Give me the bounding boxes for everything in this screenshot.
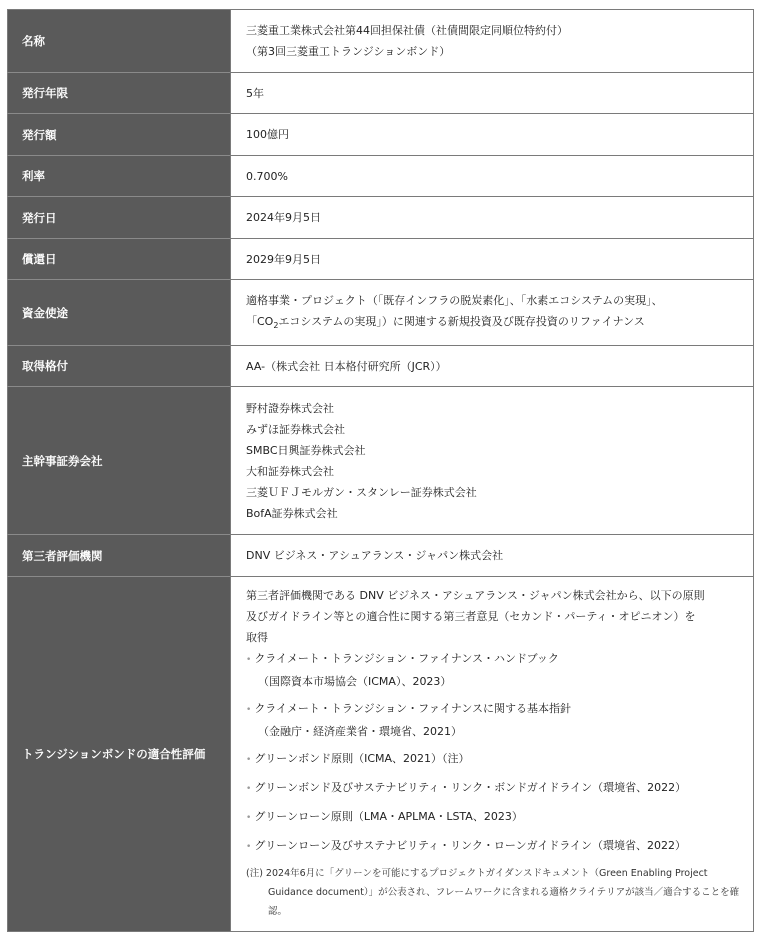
use-of-proceeds-line: 適格事業・プロジェクト（「既存インフラの脱炭素化」、「水素エコシステムの実現」、	[246, 290, 743, 311]
guideline-item: •グリーンローン及びサステナビリティ・リンク・ローンガイドライン（環境省、202…	[246, 835, 743, 858]
row-label: 第三者評価機関	[8, 535, 231, 577]
bond-terms-table: 名称 三菱重工業株式会社第44回担保社債（社債間限定同順位特約付） （第3回三菱…	[7, 9, 754, 932]
guideline-source: （国際資本市場協会（ICMA）、2023）	[246, 671, 743, 692]
table-row: 発行日 2024年9月5日	[8, 197, 754, 239]
table-row: 取得格付 AA-（株式会社 日本格付研究所（JCR））	[8, 346, 754, 387]
underwriter: 三菱ＵＦＪモルガン・スタンレー証券株式会社	[246, 482, 743, 503]
use-of-proceeds-line: 「CO2エコシステムの実現」）に関連する新規投資及び既存投資のリファイナンス	[246, 311, 743, 336]
guideline-item: •グリーンローン原則（LMA・APLMA・LSTA、2023）	[246, 806, 743, 829]
underwriter: 野村證券株式会社	[246, 398, 743, 419]
row-value: 0.700%	[231, 156, 754, 197]
guideline-item: •クライメート・トランジション・ファイナンスに関する基本指針（金融庁・経済産業省…	[246, 698, 743, 742]
guideline-text: グリーンローン原則（LMA・APLMA・LSTA、2023）	[254, 810, 523, 823]
row-value: 適格事業・プロジェクト（「既存インフラの脱炭素化」、「水素エコシステムの実現」、…	[231, 280, 754, 346]
underwriter: みずほ証券株式会社	[246, 419, 743, 440]
bullet-icon: •	[246, 705, 251, 715]
row-value: DNV ビジネス・アシュアランス・ジャパン株式会社	[231, 535, 754, 577]
row-label: トランジションボンドの適合性評価	[8, 577, 231, 932]
bullet-icon: •	[246, 784, 251, 794]
row-value: 野村證券株式会社 みずほ証券株式会社 SMBC日興証券株式会社 大和証券株式会社…	[231, 387, 754, 535]
row-value: 三菱重工業株式会社第44回担保社債（社債間限定同順位特約付） （第3回三菱重工ト…	[231, 10, 754, 73]
table-row: 第三者評価機関 DNV ビジネス・アシュアランス・ジャパン株式会社	[8, 535, 754, 577]
guideline-item: •グリーンボンド原則（ICMA、2021）（注）	[246, 748, 743, 771]
row-label: 主幹事証券会社	[8, 387, 231, 535]
table-row: 償還日 2029年9月5日	[8, 239, 754, 280]
row-label: 資金使途	[8, 280, 231, 346]
guideline-text: グリーンボンド及びサステナビリティ・リンク・ボンドガイドライン（環境省、2022…	[254, 781, 686, 794]
row-label: 発行額	[8, 114, 231, 156]
text-fragment: エコシステムの実現」）に関連する新規投資及び既存投資のリファイナンス	[278, 315, 644, 328]
guideline-text: グリーンボンド原則（ICMA、2021）（注）	[254, 752, 469, 765]
table-row: 発行額 100億円	[8, 114, 754, 156]
underwriter: 大和証券株式会社	[246, 461, 743, 482]
bullet-icon: •	[246, 755, 251, 765]
guideline-source: （金融庁・経済産業省・環境省、2021）	[246, 721, 743, 742]
table-row: 利率 0.700%	[8, 156, 754, 197]
row-label: 取得格付	[8, 346, 231, 387]
text-fragment: 「CO	[246, 315, 273, 328]
row-value: AA-（株式会社 日本格付研究所（JCR））	[231, 346, 754, 387]
bond-name-line: 三菱重工業株式会社第44回担保社債（社債間限定同順位特約付）	[246, 20, 743, 41]
intro-line: 取得	[246, 627, 743, 648]
bullet-icon: •	[246, 842, 251, 852]
intro-line: 第三者評価機関である DNV ビジネス・アシュアランス・ジャパン株式会社から、以…	[246, 585, 743, 606]
row-value: 第三者評価機関である DNV ビジネス・アシュアランス・ジャパン株式会社から、以…	[231, 577, 754, 932]
guideline-text: クライメート・トランジション・ファイナンスに関する基本指針	[254, 702, 571, 715]
row-value: 2024年9月5日	[231, 197, 754, 239]
row-label: 償還日	[8, 239, 231, 280]
row-value: 2029年9月5日	[231, 239, 754, 280]
row-value: 100億円	[231, 114, 754, 156]
guideline-item: •クライメート・トランジション・ファイナンス・ハンドブック（国際資本市場協会（I…	[246, 648, 743, 692]
table-row: 名称 三菱重工業株式会社第44回担保社債（社債間限定同順位特約付） （第3回三菱…	[8, 10, 754, 73]
row-label: 発行日	[8, 197, 231, 239]
row-value: 5年	[231, 73, 754, 114]
row-label: 発行年限	[8, 73, 231, 114]
guideline-text: クライメート・トランジション・ファイナンス・ハンドブック	[254, 652, 559, 665]
footnote: (注) 2024年6月に「グリーンを可能にするプロジェクトガイダンスドキュメント…	[246, 864, 743, 921]
underwriter: BofA証券株式会社	[246, 503, 743, 524]
table-row: 資金使途 適格事業・プロジェクト（「既存インフラの脱炭素化」、「水素エコシステム…	[8, 280, 754, 346]
table-row: 発行年限 5年	[8, 73, 754, 114]
row-label: 利率	[8, 156, 231, 197]
guideline-text: グリーンローン及びサステナビリティ・リンク・ローンガイドライン（環境省、2022…	[254, 839, 686, 852]
underwriter: SMBC日興証券株式会社	[246, 440, 743, 461]
table-row: 主幹事証券会社 野村證券株式会社 みずほ証券株式会社 SMBC日興証券株式会社 …	[8, 387, 754, 535]
bullet-icon: •	[246, 813, 251, 823]
bond-name-line: （第3回三菱重工トランジションボンド）	[246, 41, 743, 62]
intro-line: 及びガイドライン等との適合性に関する第三者意見（セカンド・パーティ・オピニオン）…	[246, 606, 743, 627]
bullet-icon: •	[246, 655, 251, 665]
guideline-item: •グリーンボンド及びサステナビリティ・リンク・ボンドガイドライン（環境省、202…	[246, 777, 743, 800]
table-row: トランジションボンドの適合性評価 第三者評価機関である DNV ビジネス・アシュ…	[8, 577, 754, 932]
row-label: 名称	[8, 10, 231, 73]
